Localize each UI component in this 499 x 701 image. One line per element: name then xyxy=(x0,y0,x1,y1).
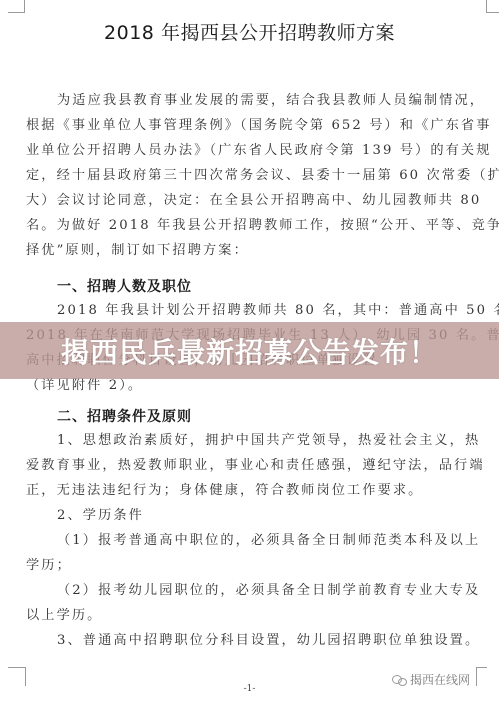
text-line: 根据《事业单位人事管理条例》（国务院令第 652 号）和《广东省事 xyxy=(26,113,486,138)
section-heading-2: 二、招聘条件及原则 xyxy=(57,406,192,426)
section2-paragraph: 1、思想政治素质好，拥护中国共产党领导，热爱社会主义，热 爱教育事业，热爱教师职… xyxy=(26,428,486,653)
text-line: 以上学历。 xyxy=(26,603,486,628)
page-corner-mark xyxy=(8,0,25,13)
text-line: 正，无违法违纪行为；身体健康，符合教师岗位工作要求。 xyxy=(26,478,486,503)
text-line: 1、思想政治素质好，拥护中国共产党领导，热爱社会主义，热 xyxy=(26,428,486,453)
text-line: 学历； xyxy=(26,553,486,578)
text-line: 业单位公开招聘人员办法》（广东省人民政府令第 139 号）的有关规 xyxy=(26,138,486,163)
banner-headline: 揭西民兵最新招募公告发布！ xyxy=(61,331,438,371)
text-line: 2018 年我县计划公开招聘教师共 80 名，其中：普通高中 50 名（含 xyxy=(26,298,486,323)
page-corner-mark xyxy=(486,0,499,13)
wechat-icon xyxy=(392,675,406,685)
text-line: 2、学历条件 xyxy=(26,503,486,528)
text-line: 定，经十届县政府第三十四次常务会议、县委十一届第 60 次常委（扩 xyxy=(26,163,486,188)
document-title: 2018 年揭西县公开招聘教师方案 xyxy=(0,18,499,45)
intro-paragraph: 为适应我县教育事业发展的需要，结合我县教师人员编制情况， 根据《事业单位人事管理… xyxy=(26,88,486,263)
text-line: 名。为做好 2018 年我县公开招聘教师工作，按照“公开、平等、竞争、 xyxy=(26,213,486,238)
text-line: 择优”原则，制订如下招聘方案： xyxy=(26,238,486,263)
page-number: -1- xyxy=(0,684,499,694)
headline-banner: 揭西民兵最新招募公告发布！ xyxy=(0,322,499,379)
section-heading-1: 一、招聘人数及职位 xyxy=(57,276,192,296)
text-line: （1）报考普通高中职位的，必须具备全日制师范类本科及以上 xyxy=(26,528,486,553)
text-line: 大）会议讨论同意，决定：在全县公开招聘高中、幼儿园教师共 80 xyxy=(26,188,486,213)
text-line: 爱教育事业，热爱教师职业，事业心和责任感强，遵纪守法，品行端 xyxy=(26,453,486,478)
text-line: 3、普通高中招聘职位分科目设置，幼儿园招聘职位单独设置。 xyxy=(26,628,486,653)
text-line: 为适应我县教育事业发展的需要，结合我县教师人员编制情况， xyxy=(26,88,486,113)
text-line: （2）报考幼儿园职位的，必须具备全日制学前教育专业大专及 xyxy=(26,578,486,603)
